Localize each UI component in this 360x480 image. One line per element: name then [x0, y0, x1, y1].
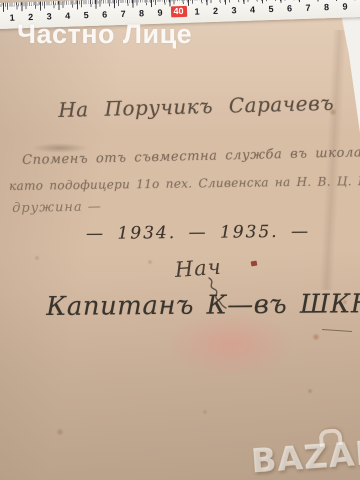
ruler-number: 1: [9, 13, 14, 23]
photo-frame: На Поручикъ Сарачевъ Споменъ отъ съвмест…: [0, 0, 360, 480]
signature-tail-stroke: [322, 329, 352, 332]
handwritten-signature-line: Капитанъ К—въ ШКН рота: [46, 288, 360, 322]
document-paper: На Поручикъ Сарачевъ Споменъ отъ съвмест…: [0, 0, 360, 480]
ruler-number: 7: [120, 9, 125, 19]
ruler-number: 8: [139, 8, 144, 18]
handwritten-service-line-2: като подофицери 11о пех. Сливенска на Н.…: [9, 173, 360, 193]
watermark-bazar-logo: BAZAR: [250, 432, 360, 480]
ruler-number: 9: [157, 8, 162, 18]
handwritten-dedication-line: На Поручикъ Сарачевъ: [58, 91, 334, 122]
ruler-number: 2: [213, 6, 218, 16]
ruler-number: 5: [268, 4, 273, 14]
handwritten-service-line-1: Споменъ отъ съвместна служба въ школата: [22, 145, 360, 168]
ruler-decade-label: 40: [170, 6, 186, 18]
ruler-number: 4: [250, 5, 255, 15]
handwritten-dates-line: — 1934. — 1935. —: [86, 222, 310, 244]
red-ink-dot: [251, 261, 258, 267]
ruler-number: 9: [342, 2, 347, 12]
handwritten-service-line-3: дружина —: [12, 199, 102, 216]
ruler-number: 3: [231, 5, 236, 15]
watermark-private-person: Частно Лице: [17, 19, 192, 50]
ruler-number: 8: [324, 2, 329, 12]
ruler-number: 6: [287, 3, 292, 13]
bazar-bag-handle-icon: [318, 428, 343, 447]
ruler-number: 1: [194, 6, 199, 16]
ruler-number: 7: [305, 3, 310, 13]
